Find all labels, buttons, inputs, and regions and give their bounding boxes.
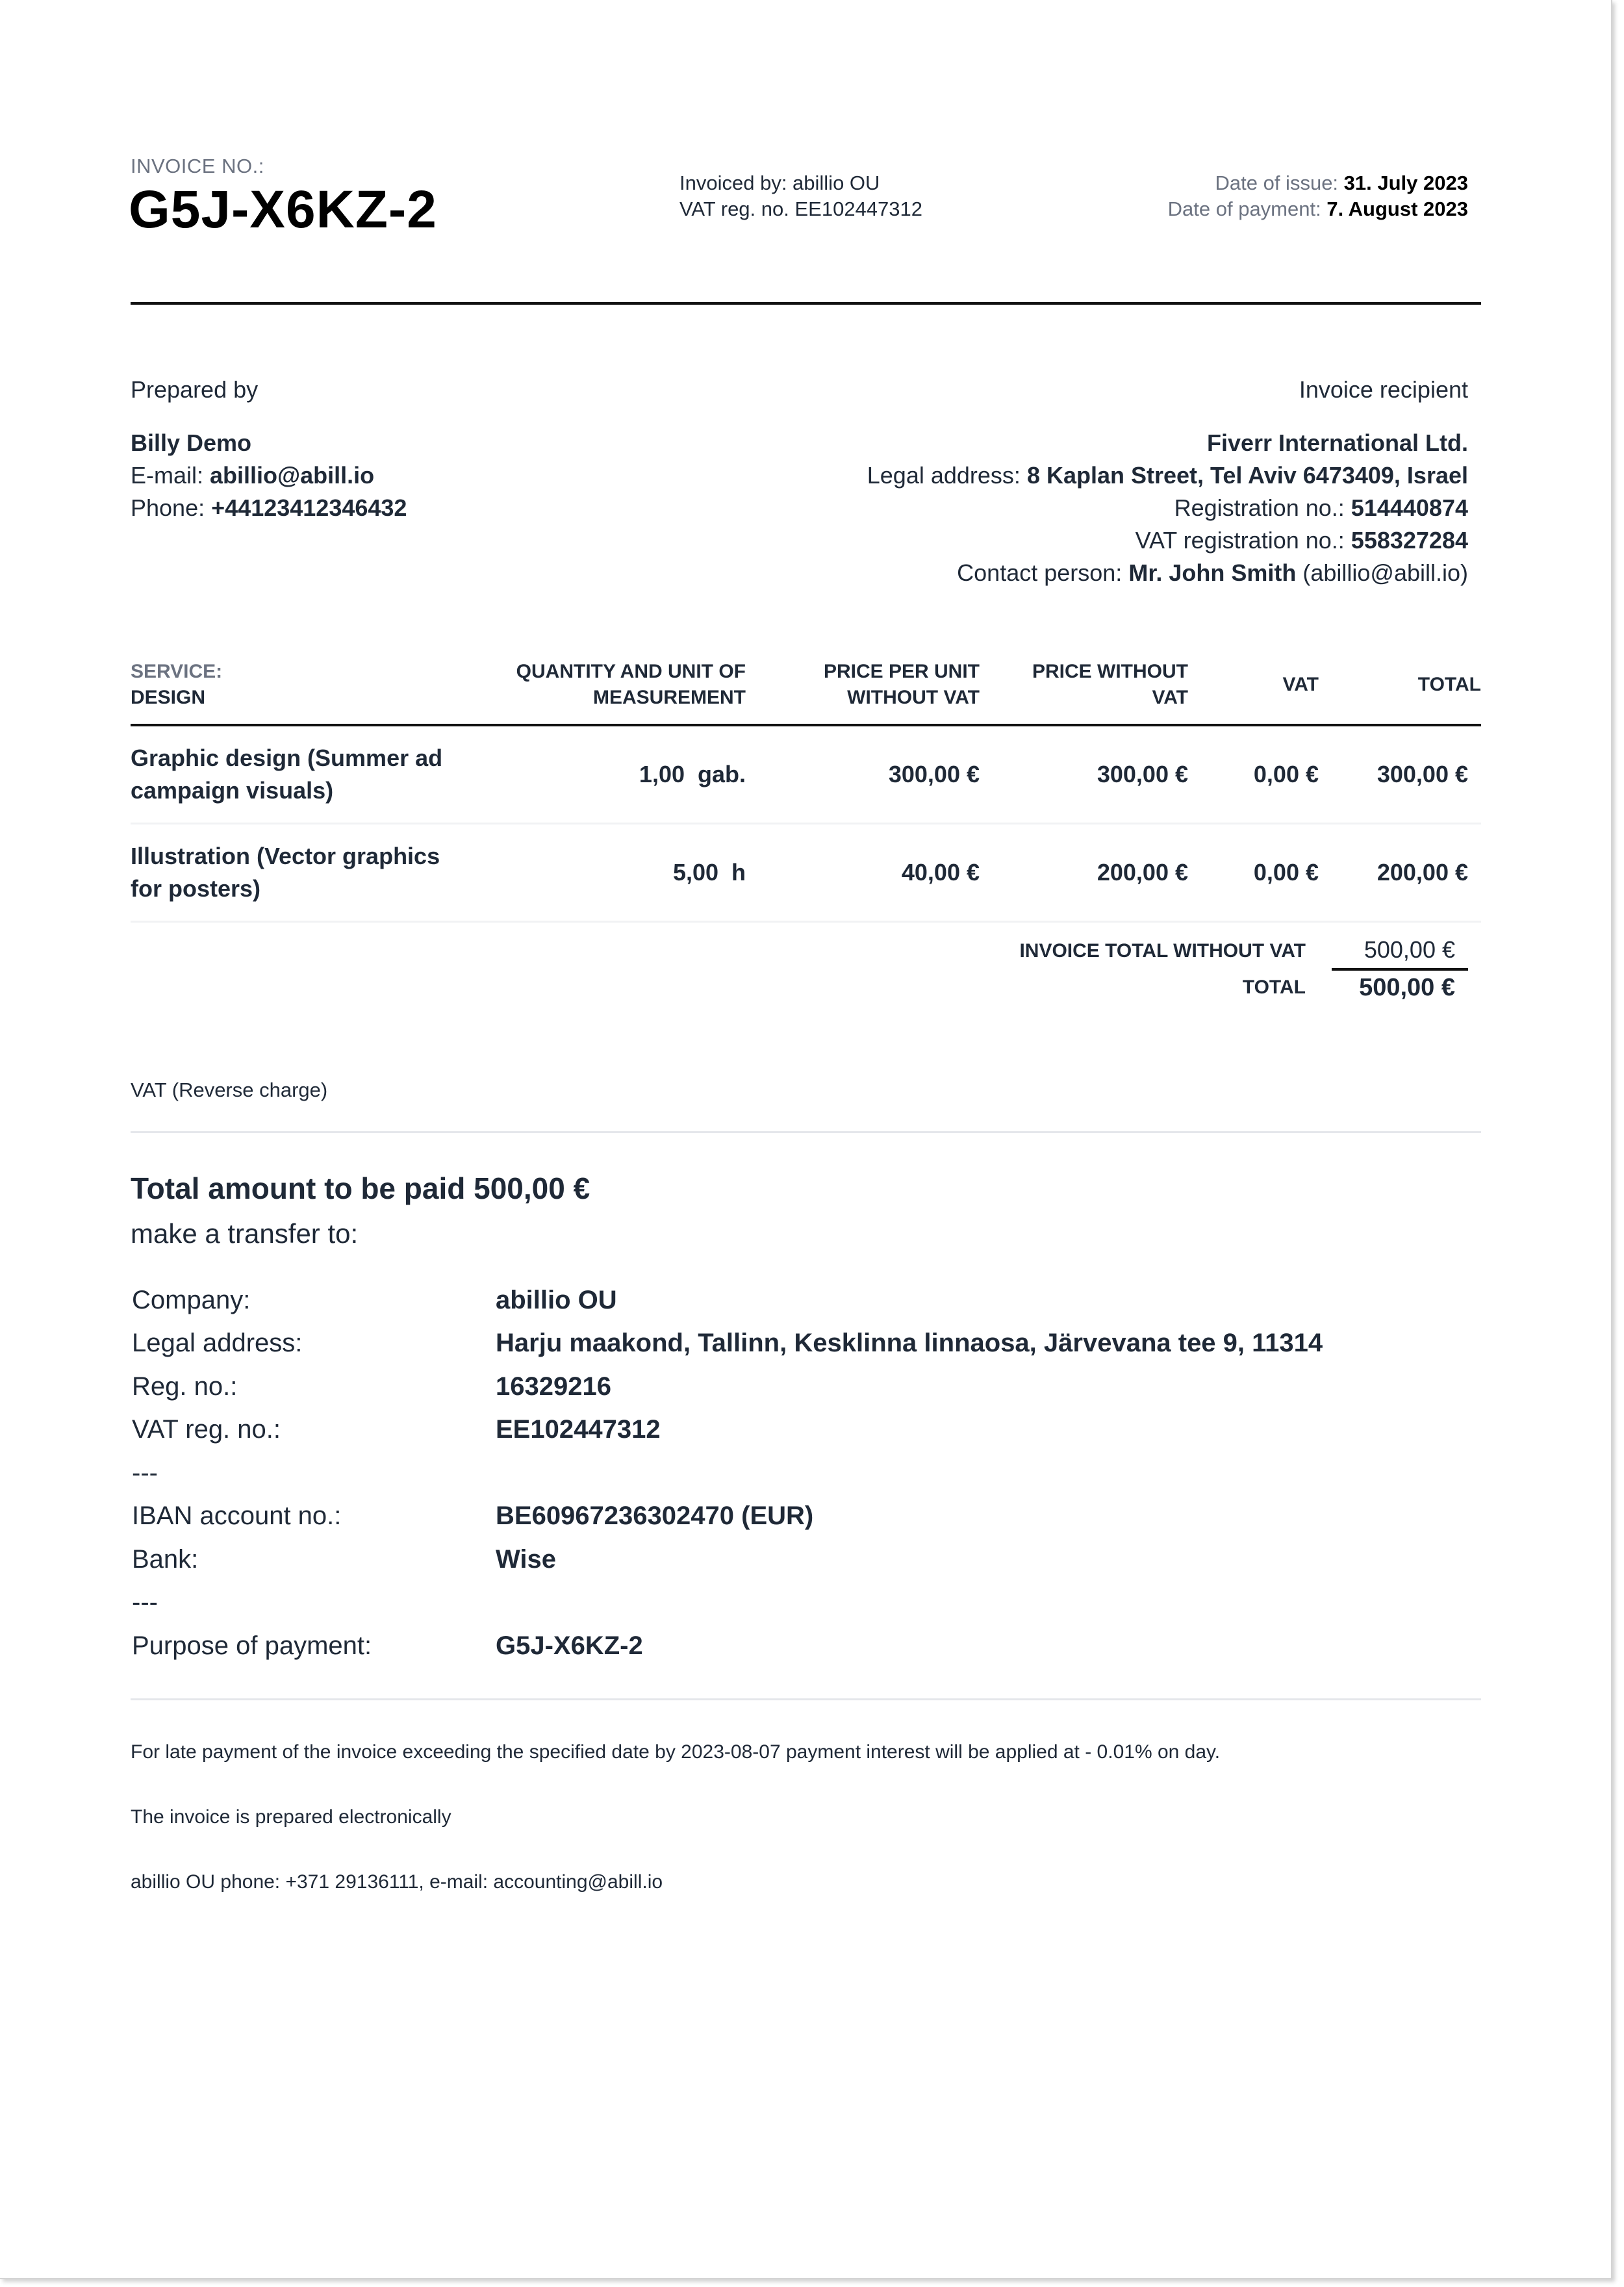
table-header-row: SERVICE: DESIGN QUANTITY AND UNIT OF MEA… [131,659,1481,725]
recipient-reg-value: 514440874 [1351,494,1468,521]
total-row: TOTAL 500,00 € [1019,969,1468,1006]
item-vat: 0,00 € [1202,824,1333,922]
preparer-phone-label: Phone: [131,494,205,521]
payment-separator: --- [132,1588,496,1617]
payment-value: abillio OU [496,1286,617,1315]
prepared-by-title: Prepared by [131,374,407,406]
payment-label: Company: [132,1286,496,1315]
recipient-title: Invoice recipient [867,374,1468,406]
payment-row-separator: --- [132,1581,1323,1625]
item-total: 300,00 € [1333,725,1481,824]
subtotal-row: INVOICE TOTAL WITHOUT VAT 500,00 € [1019,933,1468,969]
invoice-dates: Date of issue: 31. July 2023 Date of pay… [1168,170,1468,222]
recipient-company: Fiverr International Ltd. [867,427,1468,459]
date-of-issue-label: Date of issue: [1215,172,1339,194]
service-label: SERVICE: [131,659,474,685]
column-header-vat: VAT [1202,659,1333,725]
payment-row-iban: IBAN account no.:BE60967236302470 (EUR) [132,1495,1323,1539]
total-value: 500,00 € [1332,974,1468,1002]
recipient-block: Invoice recipient Fiverr International L… [867,374,1468,589]
item-description: Illustration (Vector graphics for poster… [131,824,474,922]
recipient-address: Legal address: 8 Kaplan Street, Tel Aviv… [867,459,1468,492]
payment-label: Bank: [132,1545,496,1574]
payment-value: BE60967236302470 (EUR) [496,1501,813,1531]
preparer-name: Billy Demo [131,427,407,459]
payment-row-bank: Bank:Wise [132,1538,1323,1581]
invoiced-by: Invoiced by: abillio OU [679,170,922,196]
payment-subtitle: make a transfer to: [131,1218,358,1249]
item-unit-price: 40,00 € [760,824,994,922]
issuer-vat-reg: VAT reg. no. EE102447312 [679,196,922,222]
payment-total-title: Total amount to be paid 500,00 € [131,1171,590,1206]
recipient-reg: Registration no.: 514440874 [867,492,1468,524]
payment-row-separator: --- [132,1451,1323,1495]
invoice-number: G5J-X6KZ-2 [129,179,437,240]
item-quantity: 5,00 h [474,824,760,922]
recipient-vat-value: 558327284 [1351,527,1468,554]
subtotal-label: INVOICE TOTAL WITHOUT VAT [1019,940,1306,962]
date-of-issue-value: 31. July 2023 [1344,172,1468,194]
preparer-email: E-mail: abillio@abill.io [131,459,407,492]
preparer-phone-value: +44123412346432 [211,494,407,521]
recipient-vat: VAT registration no.: 558327284 [867,524,1468,557]
invoice-page: INVOICE NO.: G5J-X6KZ-2 Invoiced by: abi… [0,0,1612,2279]
subtotal-value: 500,00 € [1332,932,1468,971]
totals-block: INVOICE TOTAL WITHOUT VAT 500,00 € TOTAL… [1019,933,1468,1006]
payment-row-vat: VAT reg. no.:EE102447312 [132,1409,1323,1452]
item-total: 200,00 € [1333,824,1481,922]
item-unit-price: 300,00 € [760,725,994,824]
recipient-address-label: Legal address: [867,462,1021,489]
item-description: Graphic design (Summer ad campaign visua… [131,725,474,824]
recipient-reg-label: Registration no.: [1174,494,1345,521]
prepared-by-block: Prepared by Billy Demo E-mail: abillio@a… [131,374,407,524]
table-row: Graphic design (Summer ad campaign visua… [131,725,1481,824]
date-of-payment: Date of payment: 7. August 2023 [1168,196,1468,222]
payment-value: G5J-X6KZ-2 [496,1631,643,1661]
column-header-service: SERVICE: DESIGN [131,659,474,725]
payment-label: Reg. no.: [132,1372,496,1401]
date-of-payment-label: Date of payment: [1168,198,1321,220]
preparer-email-label: E-mail: [131,462,203,489]
column-header-total: TOTAL [1333,659,1481,725]
invoice-number-label: INVOICE NO.: [131,155,264,178]
recipient-contact-email: (abillio@abill.io) [1302,559,1468,586]
item-vat: 0,00 € [1202,725,1333,824]
line-items-table: SERVICE: DESIGN QUANTITY AND UNIT OF MEA… [131,659,1481,923]
payment-row-company: Company:abillio OU [132,1279,1323,1322]
vat-note: VAT (Reverse charge) [131,1079,327,1102]
late-payment-note: For late payment of the invoice exceedin… [131,1741,1220,1763]
issuer-info: Invoiced by: abillio OU VAT reg. no. EE1… [679,170,922,222]
column-header-unit-price: PRICE PER UNIT WITHOUT VAT [760,659,994,725]
preparer-phone: Phone: +44123412346432 [131,492,407,524]
column-header-quantity: QUANTITY AND UNIT OF MEASUREMENT [474,659,760,725]
payment-row-address: Legal address:Harju maakond, Tallinn, Ke… [132,1322,1323,1366]
table-row: Illustration (Vector graphics for poster… [131,824,1481,922]
service-category: DESIGN [131,687,205,708]
payment-value: 16329216 [496,1372,611,1401]
date-of-payment-value: 7. August 2023 [1326,198,1468,220]
recipient-address-value: 8 Kaplan Street, Tel Aviv 6473409, Israe… [1027,462,1468,489]
payment-label: VAT reg. no.: [132,1415,496,1444]
date-of-issue: Date of issue: 31. July 2023 [1168,170,1468,196]
recipient-vat-label: VAT registration no.: [1136,527,1345,554]
column-header-price-without-vat: PRICE WITHOUT VAT [994,659,1202,725]
payment-value: Harju maakond, Tallinn, Kesklinna linnao… [496,1329,1323,1358]
item-quantity: 1,00 gab. [474,725,760,824]
recipient-contact-name: Mr. John Smith [1128,559,1296,586]
payment-value: EE102447312 [496,1415,661,1444]
payment-value: Wise [496,1545,556,1574]
total-label: TOTAL [1243,977,1306,999]
footer-divider [131,1698,1481,1700]
payment-separator: --- [132,1459,496,1488]
payment-row-reg: Reg. no.:16329216 [132,1365,1323,1409]
payment-details: Company:abillio OU Legal address:Harju m… [132,1279,1323,1668]
issuer-contact-note: abillio OU phone: +371 29136111, e-mail:… [131,1871,663,1893]
recipient-contact-label: Contact person: [957,559,1122,586]
item-price-without-vat: 200,00 € [994,824,1202,922]
preparer-email-value: abillio@abill.io [210,462,374,489]
recipient-contact: Contact person: Mr. John Smith (abillio@… [867,557,1468,589]
electronic-note: The invoice is prepared electronically [131,1806,451,1828]
payment-label: Legal address: [132,1329,496,1358]
item-price-without-vat: 300,00 € [994,725,1202,824]
payment-label: Purpose of payment: [132,1631,496,1661]
section-divider [131,1131,1481,1133]
payment-row-purpose: Purpose of payment:G5J-X6KZ-2 [132,1624,1323,1668]
header-divider [131,302,1481,305]
payment-label: IBAN account no.: [132,1501,496,1531]
